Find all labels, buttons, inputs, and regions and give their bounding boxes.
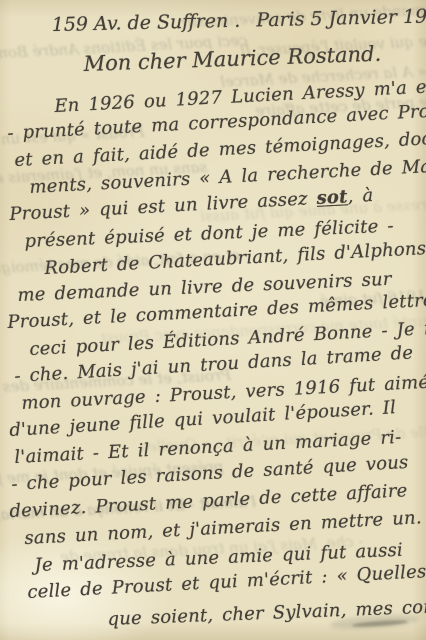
letter-date: Paris 5 Janvier 1951 bbox=[256, 5, 426, 31]
letter-address: 159 Av. de Suffren . bbox=[52, 10, 241, 36]
handwriting-layer: 159 Av. de Suffren .Paris 5 Janvier 1951… bbox=[0, 0, 426, 640]
letter-salutation: Mon cher Maurice Rostand. bbox=[83, 42, 381, 76]
letter-header: 159 Av. de Suffren .Paris 5 Janvier 1951 bbox=[52, 5, 426, 36]
letter-page: me demande un livre de souvenirs sur d'u… bbox=[0, 0, 426, 640]
